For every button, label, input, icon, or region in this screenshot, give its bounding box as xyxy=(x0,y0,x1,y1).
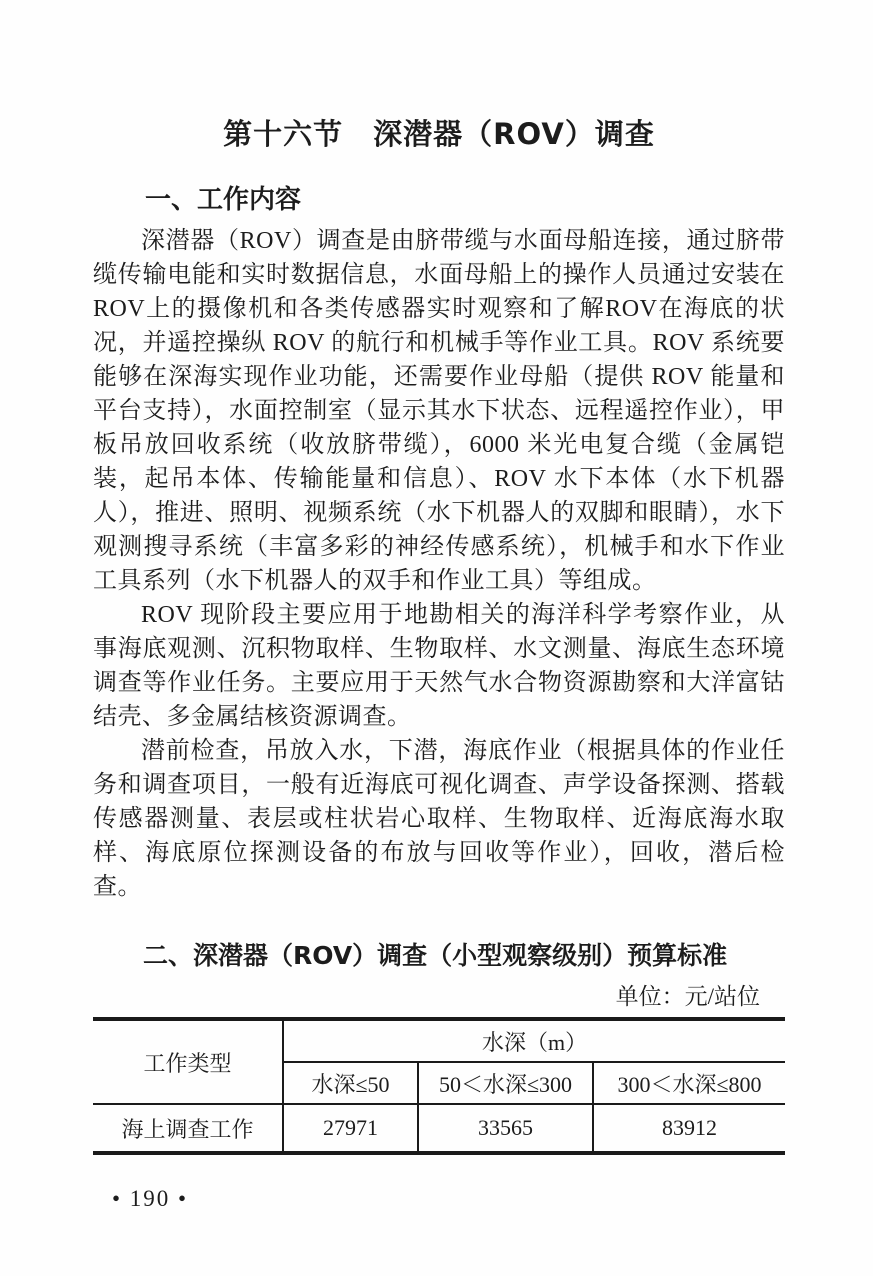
page-content: 第十六节 深潜器（ROV）调查 一、工作内容 深潜器（ROV）调查是由脐带缆与水… xyxy=(93,112,785,1155)
table-header-row-group: 工作类型 水深（m） xyxy=(93,1019,785,1062)
table-cell-value-2: 33565 xyxy=(418,1104,593,1153)
section1-paragraph-2: ROV 现阶段主要应用于地勘相关的海洋科学考察作业，从事海底观测、沉积物取样、生… xyxy=(93,598,785,734)
table-column-header-1: 水深≤50 xyxy=(283,1062,418,1104)
unit-note: 单位：元/站位 xyxy=(93,978,760,1011)
document-page: 第十六节 深潜器（ROV）调查 一、工作内容 深潜器（ROV）调查是由脐带缆与水… xyxy=(0,0,873,1276)
table-cell-value-1: 27971 xyxy=(283,1104,418,1153)
section2-heading: 二、深潜器（ROV）调查（小型观察级别）预算标准 xyxy=(93,936,785,972)
table-column-header-3: 300＜水深≤800 xyxy=(593,1062,785,1104)
budget-table: 工作类型 水深（m） 水深≤50 50＜水深≤300 300＜水深≤800 海上… xyxy=(93,1017,785,1155)
section1-paragraph-3: 潜前检查，吊放入水，下潜，海底作业（根据具体的作业任务和调查项目，一般有近海底可… xyxy=(93,734,785,904)
section1-paragraph-1: 深潜器（ROV）调查是由脐带缆与水面母船连接，通过脐带缆传输电能和实时数据信息，… xyxy=(93,224,785,598)
table-row: 海上调查工作 27971 33565 83912 xyxy=(93,1104,785,1153)
table-group-header: 水深（m） xyxy=(283,1019,785,1062)
page-title: 第十六节 深潜器（ROV）调查 xyxy=(93,112,785,153)
section1-heading: 一、工作内容 xyxy=(93,179,785,216)
table-corner-header: 工作类型 xyxy=(93,1019,283,1104)
table-column-header-2: 50＜水深≤300 xyxy=(418,1062,593,1104)
page-number: • 190 • xyxy=(112,1186,188,1212)
table-cell-value-3: 83912 xyxy=(593,1104,785,1153)
table-row-label: 海上调查工作 xyxy=(93,1104,283,1153)
